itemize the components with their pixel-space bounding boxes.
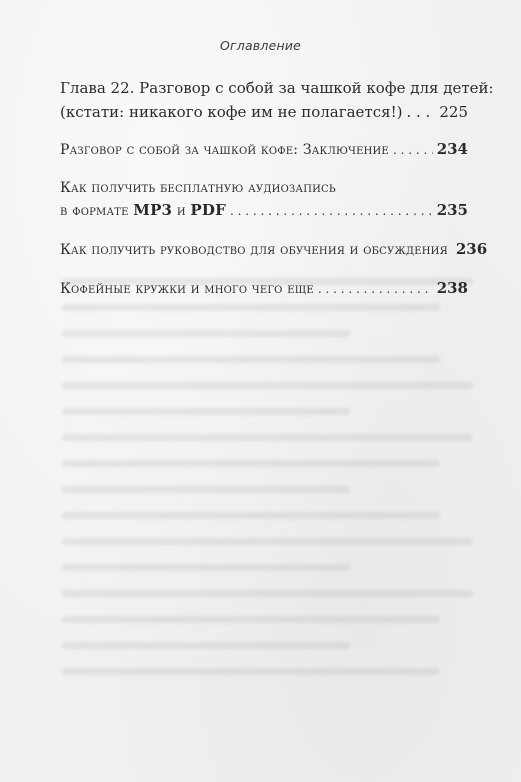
toc-entry-study-guide[interactable]: Как получить руководство для обучения и …	[60, 238, 468, 261]
toc-entry-title: Как получить руководство для обучения и …	[60, 239, 448, 261]
book-page: Оглавление Глава 22. Разговор с собой за…	[0, 0, 521, 782]
running-head: Оглавление	[0, 38, 521, 53]
toc-entry-chapter-22[interactable]: Глава 22. Разговор с собой за чашкой коф…	[60, 76, 468, 124]
toc-entry-title-line-2: (кстати: никакого кофе им не полагается!…	[60, 100, 402, 124]
dot-leader	[393, 139, 433, 161]
dot-leader	[318, 278, 433, 300]
toc-page-number: 238	[437, 277, 468, 299]
dot-leader	[406, 100, 435, 124]
toc-entry-coffee-mugs[interactable]: Кофейные кружки и много чего еще 238	[60, 277, 468, 300]
toc-entry-conclusion[interactable]: Разговор с собой за чашкой кофе: Заключе…	[60, 138, 468, 161]
toc-page-number: 225	[439, 100, 468, 124]
toc-page-number: 236	[456, 238, 487, 260]
toc-page-number: 234	[437, 138, 468, 160]
toc-entry-title: Разговор с собой за чашкой кофе: Заключе…	[60, 139, 389, 161]
dot-leader	[230, 200, 433, 222]
bleed-through-texture	[62, 278, 473, 678]
toc-entry-free-audio[interactable]: Как получить бесплатную аудиозапись в фо…	[60, 177, 468, 222]
toc-entry-title-line-1: Как получить бесплатную аудиозапись	[60, 177, 336, 199]
toc-entry-title-line-1: Глава 22. Разговор с собой за чашкой коф…	[60, 76, 494, 100]
toc-entry-title-line-2: в формате MP3 и PDF	[60, 199, 226, 222]
table-of-contents: Глава 22. Разговор с собой за чашкой коф…	[60, 76, 468, 300]
toc-page-number: 235	[437, 199, 468, 221]
toc-entry-title: Кофейные кружки и много чего еще	[60, 278, 314, 300]
